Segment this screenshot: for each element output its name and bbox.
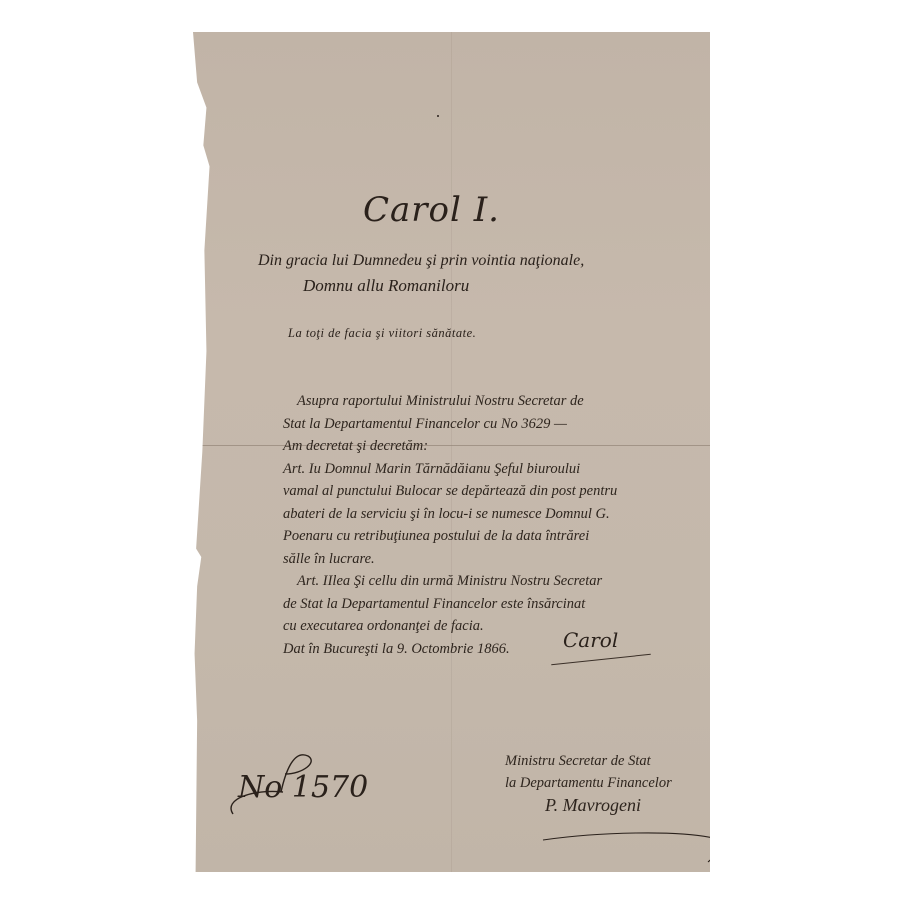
registry-number: No 1570 [238,770,368,805]
registry-value: 1570 [292,770,368,805]
body-line: vamal al punctului Bulocar se depărtează… [283,480,703,503]
body-line: Art. Iu Domnul Marin Tărnădăianu Şeful b… [283,458,703,481]
signature-flourish-icon [538,822,728,872]
ink-speck [437,115,439,117]
title-formula-prince: Domnu allu Romaniloru [303,276,469,296]
countersignature-block: Ministru Secretar de Stat la Departament… [505,750,672,816]
body-line: abateri de la serviciu şi în locu-i se n… [283,503,703,526]
decree-body: Asupra raportului Ministrului Nostru Sec… [283,390,703,660]
body-line: de Stat la Departamentul Financelor este… [283,593,703,616]
minister-title: Ministru Secretar de Stat [505,750,672,772]
body-line: cu executarea ordonanţei de facia. [283,615,703,638]
document-paper: Carol I. Din gracia lui Dumnedeu şi prin… [193,32,710,872]
body-line: sălle în lucrare. [283,548,703,571]
minister-department: la Departamentu Financelor [505,772,672,794]
body-line: Am decretat şi decretăm: [283,435,703,458]
minister-signature: P. Mavrogeni [505,794,672,816]
document-title: Carol I. [363,190,500,230]
body-line: Art. IIlea Şi cellu din urmă Ministru No… [283,570,703,593]
body-line: Poenaru cu retribuţiunea postului de la … [283,525,703,548]
registry-prefix: No [238,770,282,805]
body-line-date: Dat în Bucureşti la 9. Octombrie 1866. [283,638,703,661]
body-line: Stat la Departamentul Financelor cu No 3… [283,413,703,436]
royal-signature: Carol [563,628,618,652]
body-line: Asupra raportului Ministrului Nostru Sec… [283,390,703,413]
title-formula-line: Din gracia lui Dumnedeu şi prin vointia … [258,252,584,270]
salutation: La toţi de facia şi viitori sănătate. [288,326,476,341]
